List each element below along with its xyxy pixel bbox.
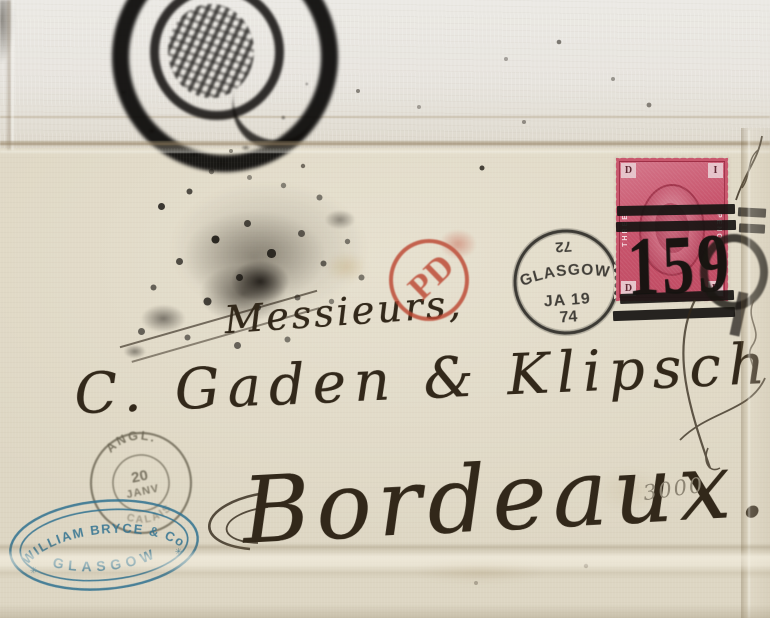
arrival-postmark-ink-speckle (100, 0, 335, 168)
bottom-edge-shadow (0, 604, 770, 618)
upper-paper-flap (0, 0, 770, 148)
cancel-bar-over-fold (738, 207, 766, 217)
arrival-postmark-partial-arc (221, 45, 330, 159)
docketing-script-top-right (728, 128, 770, 223)
arrival-postmark-inner-ring (150, 0, 284, 120)
ink-smudge-speckle (0, 0, 3, 3)
horizontal-fold-shadow (0, 141, 770, 153)
left-paper-ridge (7, 0, 11, 150)
top-left-edge-shadow (0, 0, 30, 95)
docket-stroke (736, 136, 762, 200)
flap-crease-line (0, 116, 770, 118)
stamp-corner-letter-tr: I (708, 163, 723, 178)
docket-stroke (742, 150, 758, 188)
cancel-numeral-159: 159 (626, 221, 733, 310)
postal-cover-scan: Messieurs, C. Gaden & Klipsch Bordeaux. … (0, 0, 770, 618)
address-addressee: C. Gaden & Klipsch (73, 337, 770, 423)
cachet-star-left: ✳ (30, 566, 39, 577)
merchant-oval-cachet: WILLIAM BRYCE & Co GLASGOW ✳ ✳ (2, 489, 206, 602)
cachet-star-right: ✳ (175, 547, 184, 558)
glasgow-datestamp: 72 GLASGOW JA 19 74 (506, 222, 626, 342)
datestamp-index-code: 72 (555, 238, 573, 256)
horizontal-fold-line (0, 143, 770, 145)
stamp-corner-letter-tl: D (621, 163, 636, 178)
cancel-bar-over-fold (739, 223, 765, 233)
ink-specks (0, 0, 2, 2)
pd-paid-mark: PD (389, 239, 469, 321)
left-paper-ridge-highlight (11, 0, 14, 150)
datestamp-date: JA 19 (543, 290, 591, 310)
arrival-postmark-smudged-center (168, 4, 254, 98)
datestamp-year: 74 (559, 308, 578, 326)
flap-paper-texture (0, 0, 770, 148)
paper-stain (325, 252, 367, 282)
french-cds-country-text: ANGL. (101, 424, 161, 457)
arrival-postmark-outer-ring (112, 0, 338, 172)
datestamp-office-text: GLASGOW (517, 259, 613, 290)
paper-stain (415, 558, 545, 584)
pd-letters: PD (402, 247, 461, 306)
